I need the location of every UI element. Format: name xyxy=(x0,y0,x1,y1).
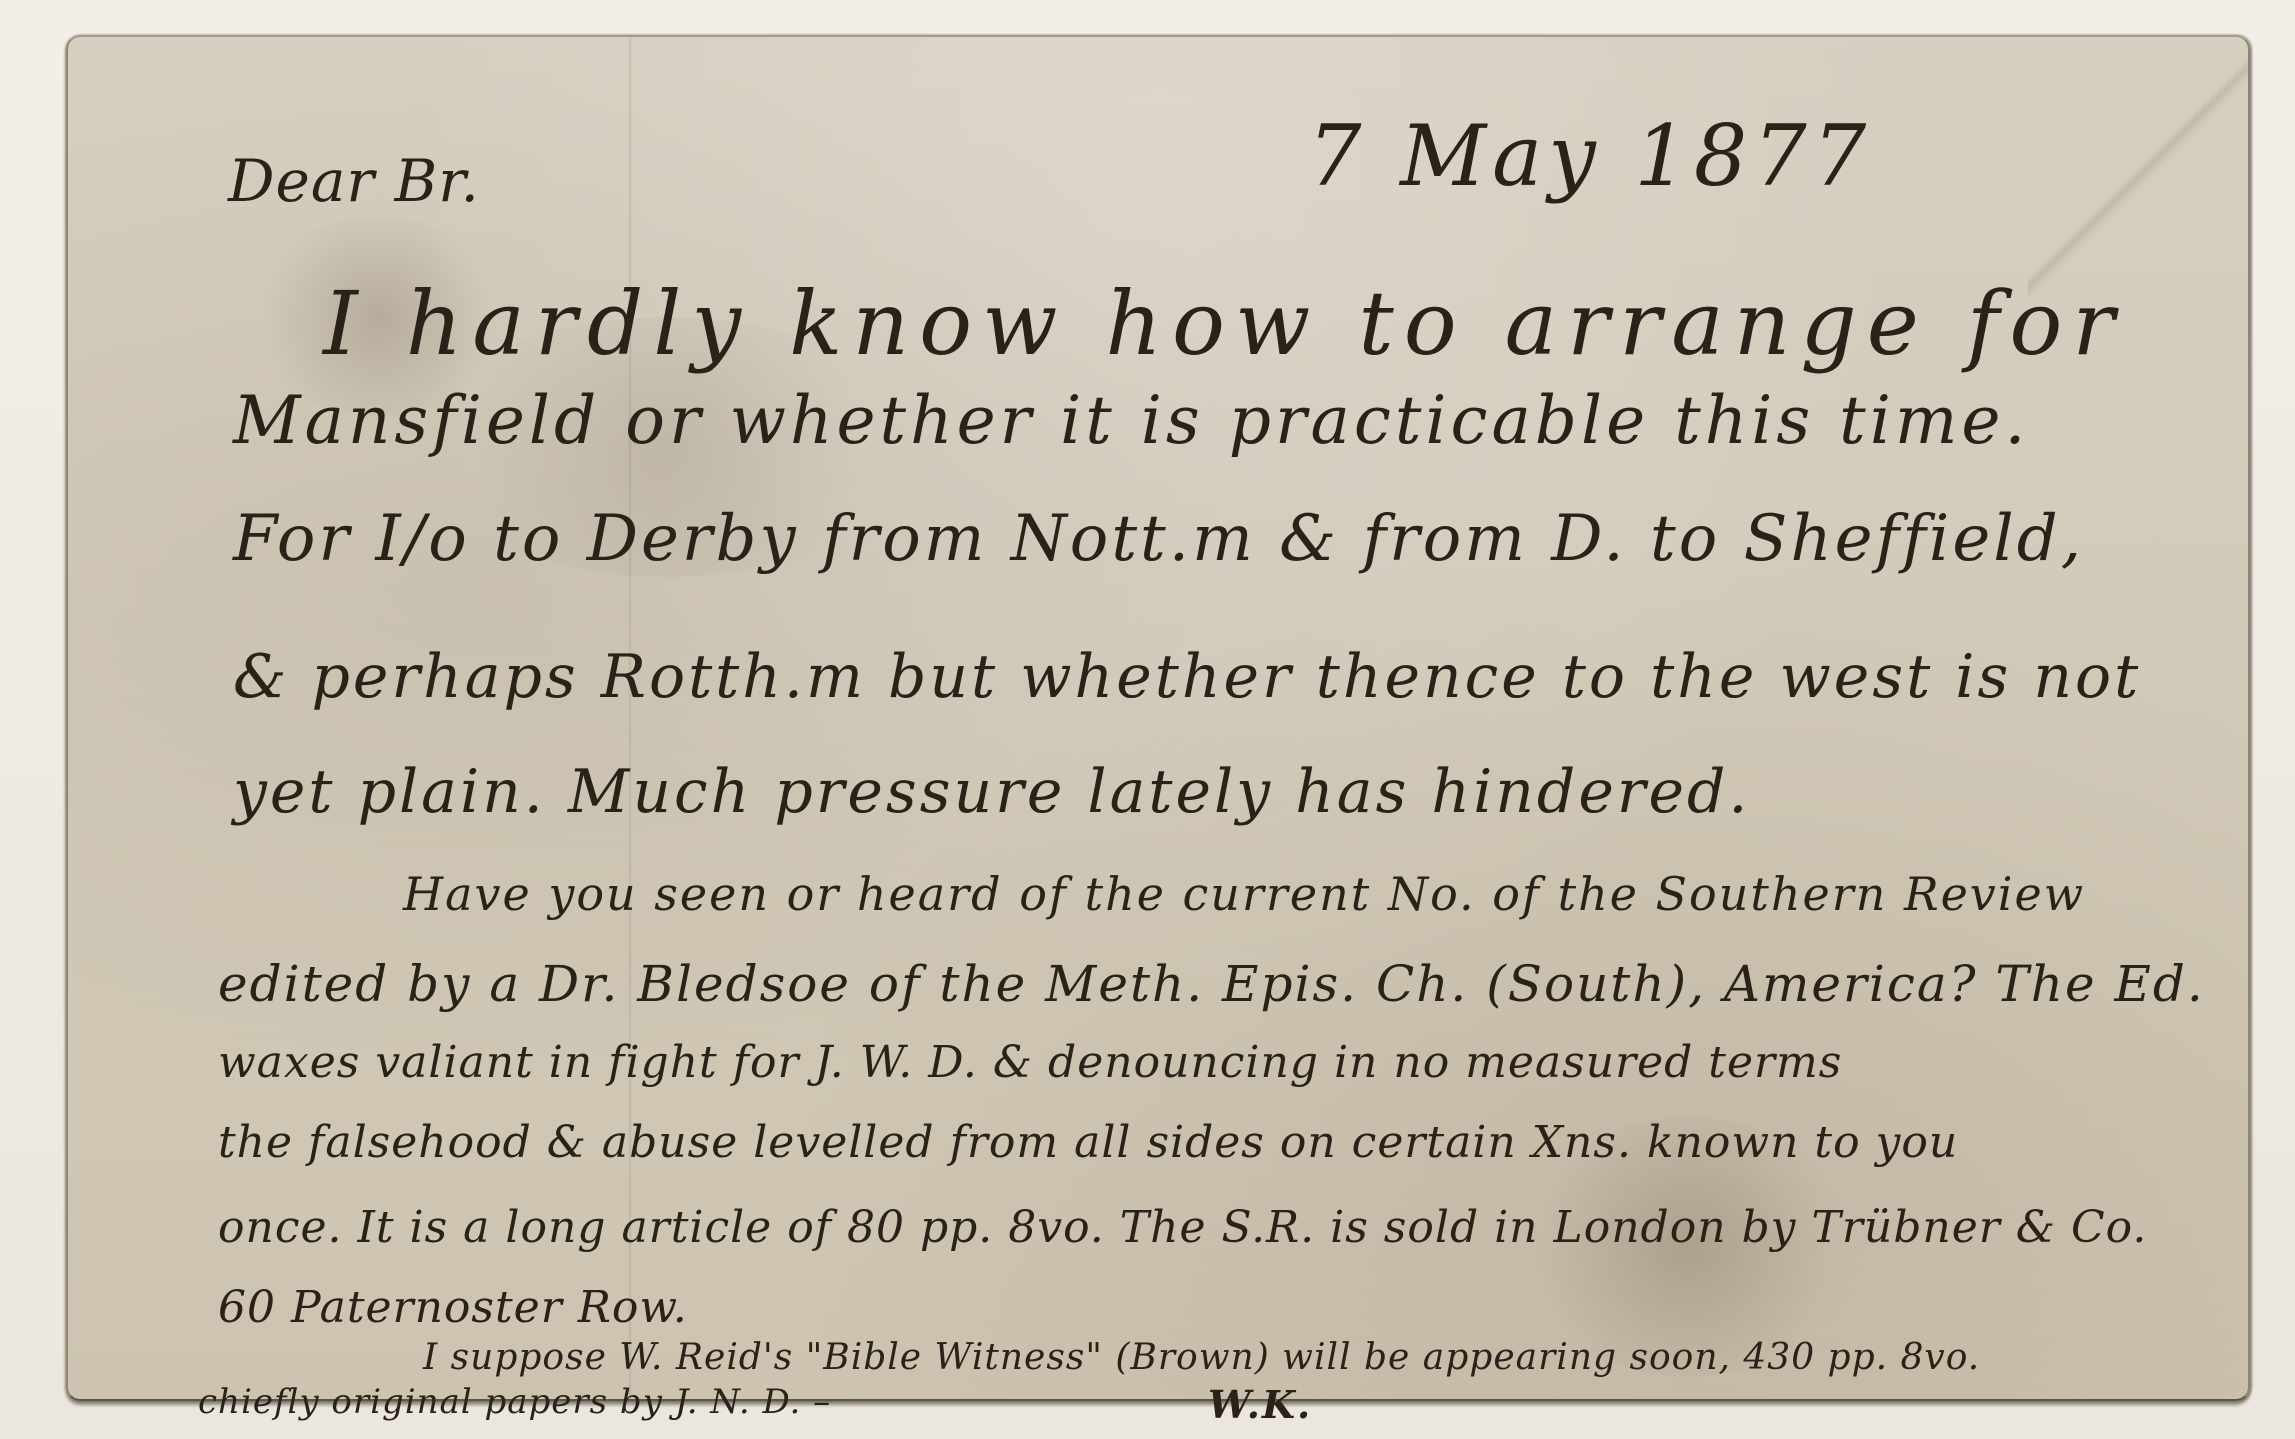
body-line: edited by a Dr. Bledsoe of the Meth. Epi… xyxy=(218,955,2205,1013)
body-line: the falsehood & abuse levelled from all … xyxy=(218,1117,1958,1168)
postcard: Dear Br. 7 May 1877 I hardly know how to… xyxy=(66,35,2250,1401)
body-line: & perhaps Rotth.m but whether thence to … xyxy=(233,642,2141,712)
body-line: Have you seen or heard of the current No… xyxy=(403,867,2085,921)
body-line: yet plain. Much pressure lately has hind… xyxy=(233,757,1751,827)
signature: W.K. xyxy=(1208,1382,1312,1427)
body-line: Mansfield or whether it is practicable t… xyxy=(233,382,2029,459)
body-line: waxes valiant in fight for J. W. D. & de… xyxy=(218,1037,1842,1088)
postscript-line: chiefly original papers by J. N. D. – xyxy=(198,1382,831,1422)
body-line: once. It is a long article of 80 pp. 8vo… xyxy=(218,1202,2147,1253)
body-line: I hardly know how to arrange for xyxy=(323,272,2124,375)
body-line: For I/o to Derby from Nott.m & from D. t… xyxy=(233,502,2084,576)
letter-date: 7 May 1877 xyxy=(1308,107,1872,205)
body-line: 60 Paternoster Row. xyxy=(218,1282,688,1333)
paper-fold-mark xyxy=(628,37,632,1399)
postscript-line: I suppose W. Reid's "Bible Witness" (Bro… xyxy=(423,1337,1980,1378)
salutation: Dear Br. xyxy=(228,147,480,215)
